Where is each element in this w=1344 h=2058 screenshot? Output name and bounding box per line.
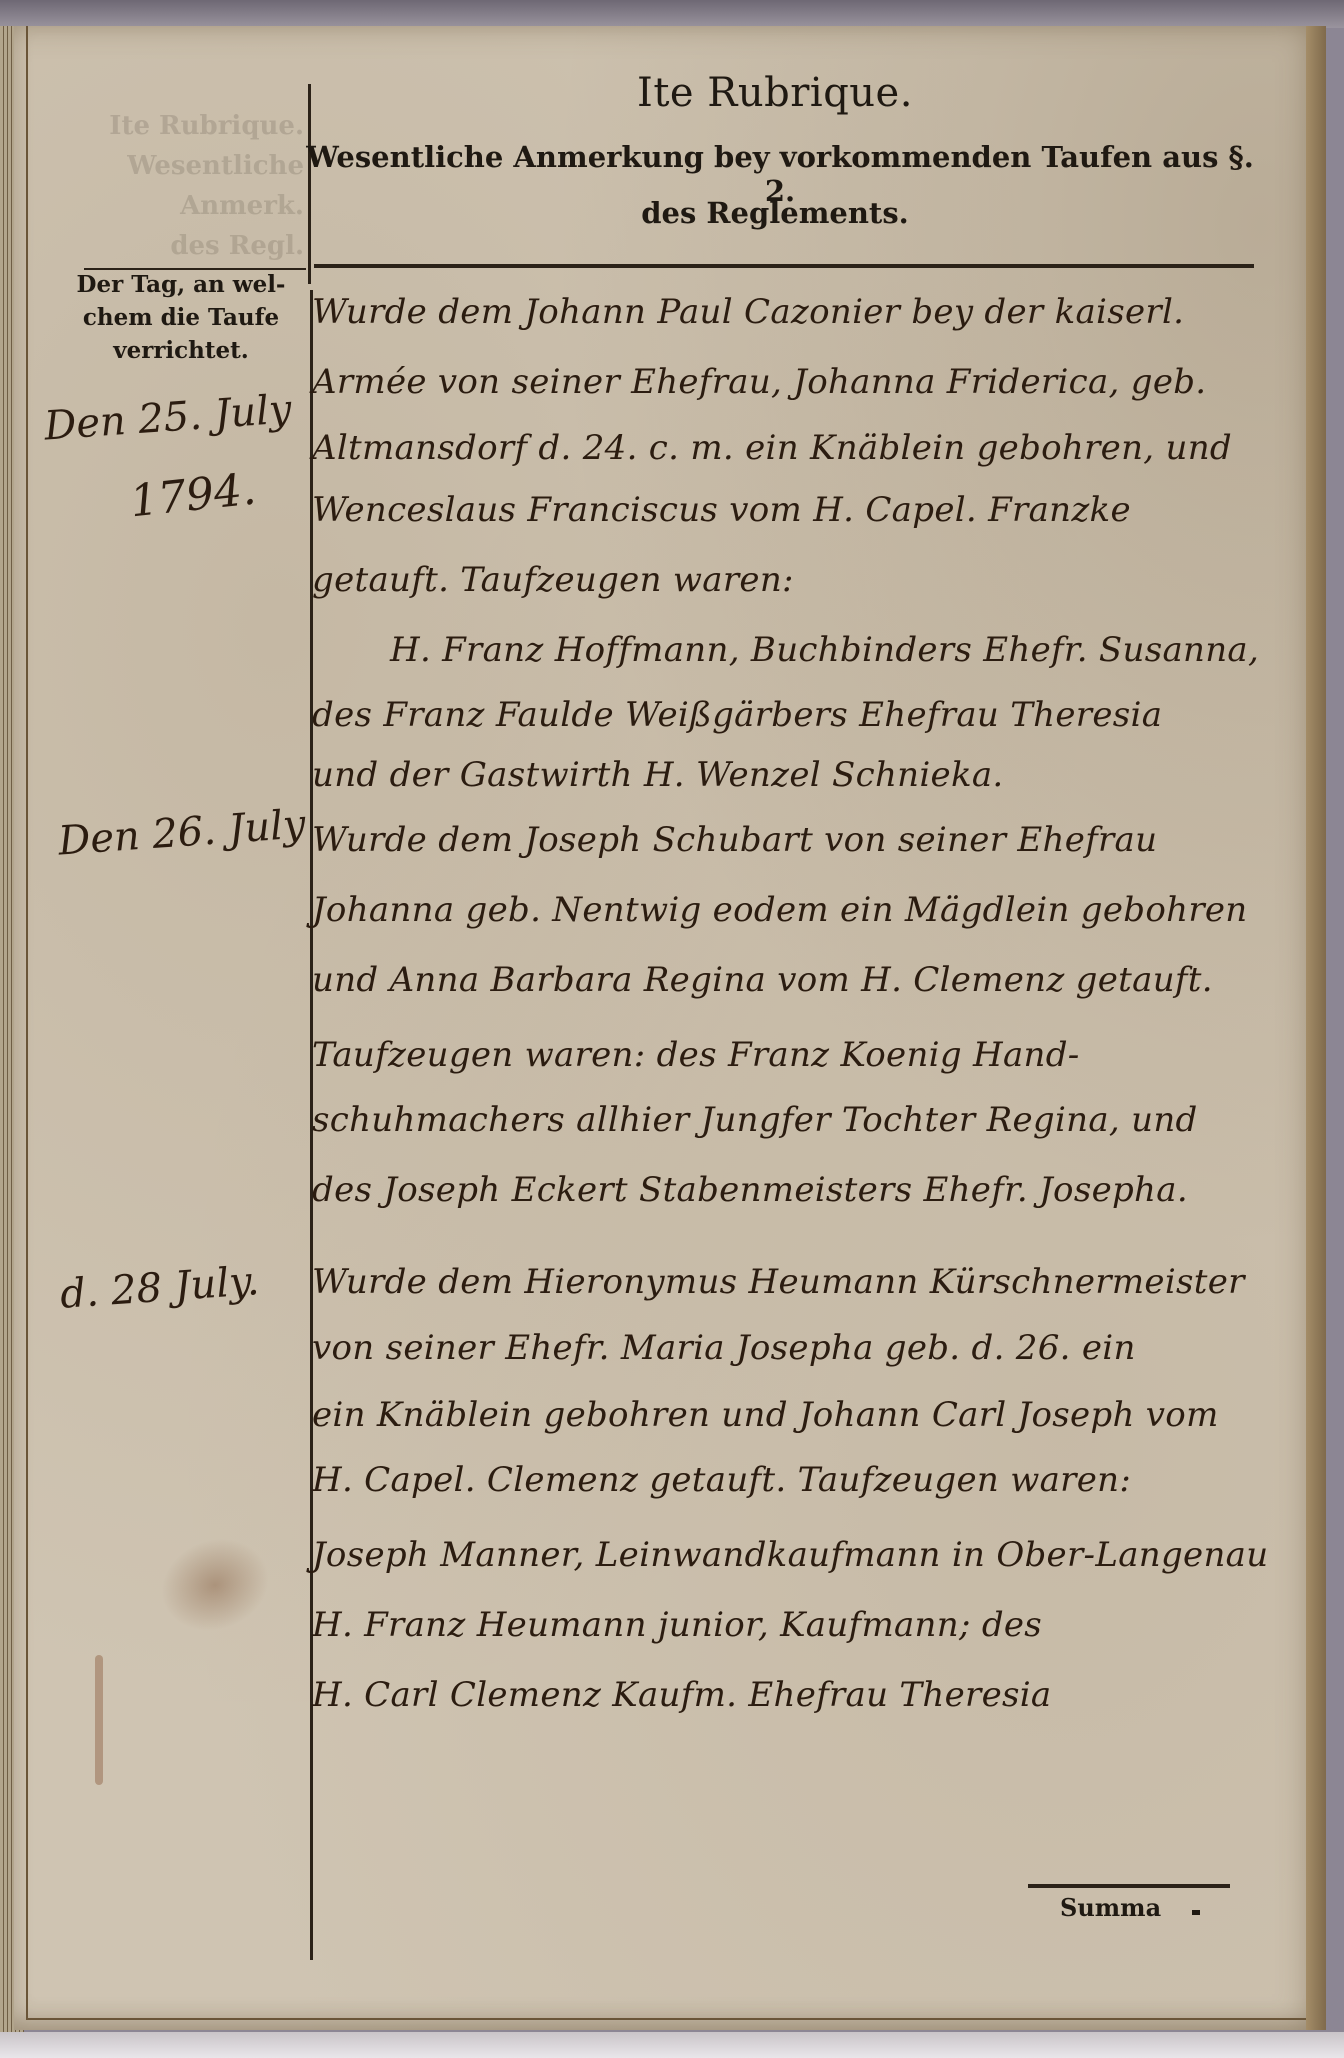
bleed-through-text: Ite Rubrique. Wesentliche Anmerk. des Re… [84, 106, 304, 246]
entry-line: ein Knäblein gebohren und Johann Carl Jo… [312, 1395, 1302, 1435]
rubric-subtitle-2: des Reglements. [300, 196, 1250, 230]
entry-line: Taufzeugen waren: des Franz Koenig Hand- [312, 1035, 1302, 1075]
entry-line: H. Carl Clemenz Kaufm. Ehefrau Theresia [312, 1675, 1302, 1715]
ink-stain-stroke [95, 1655, 103, 1785]
entry-line: Altmansdorf d. 24. c. m. ein Knäblein ge… [312, 428, 1302, 468]
entry-line: Wenceslaus Franciscus vom H. Capel. Fran… [312, 490, 1302, 530]
entry-line: Armée von seiner Ehefrau, Johanna Frider… [312, 362, 1302, 402]
date-column-header: Der Tag, an wel- chem die Taufe verricht… [66, 268, 296, 367]
entry-line: und der Gastwirth H. Wenzel Schnieka. [312, 755, 1302, 795]
page-right-edge [1306, 26, 1326, 2030]
entry-line: des Franz Faulde Weißgärbers Ehefrau The… [312, 695, 1302, 735]
entry-line: Joseph Manner, Leinwandkaufmann in Ober-… [312, 1535, 1302, 1575]
entry-line: Wurde dem Johann Paul Cazonier bey der k… [312, 292, 1302, 332]
date-column-header-line-1: Der Tag, an wel- [66, 268, 296, 301]
summa-rule [1028, 1884, 1230, 1888]
entry-line: Wurde dem Hieronymus Heumann Kürschnerme… [312, 1262, 1302, 1302]
entry-line: getauft. Taufzeugen waren: [312, 560, 1302, 600]
bleed-line-3: des Regl. [84, 226, 304, 266]
summa-label: Summa [1060, 1893, 1161, 1922]
entry-line: und Anna Barbara Regina vom H. Clemenz g… [312, 960, 1302, 1000]
rubric-title: Ite Rubrique. [300, 70, 1250, 116]
entry-line: schuhmachers allhier Jungfer Tochter Reg… [312, 1100, 1302, 1140]
entry-line: von seiner Ehefr. Maria Josepha geb. d. … [312, 1328, 1302, 1368]
bleed-line-1: Ite Rubrique. [84, 106, 304, 146]
date-column-header-line-3: verrichtet. [66, 334, 296, 367]
header-horizontal-rule [314, 264, 1254, 268]
photo-top-shadow [0, 0, 1344, 28]
date-column-header-line-2: chem die Taufe [66, 301, 296, 334]
entry-line: H. Capel. Clemenz getauft. Taufzeugen wa… [312, 1460, 1302, 1500]
entry-line: Johanna geb. Nentwig eodem ein Mägdlein … [312, 890, 1302, 930]
photo-bottom-strip [0, 2032, 1344, 2058]
entry-line: Wurde dem Joseph Schubart von seiner Ehe… [312, 820, 1302, 860]
entry-line: H. Franz Heumann junior, Kaufmann; des [312, 1605, 1302, 1645]
entry-line: H. Franz Hoffmann, Buchbinders Ehefr. Su… [390, 630, 1344, 670]
summa-value-dash [1192, 1910, 1200, 1915]
entry-line: des Joseph Eckert Stabenmeisters Ehefr. … [312, 1170, 1302, 1210]
bleed-line-2: Wesentliche Anmerk. [84, 146, 304, 226]
